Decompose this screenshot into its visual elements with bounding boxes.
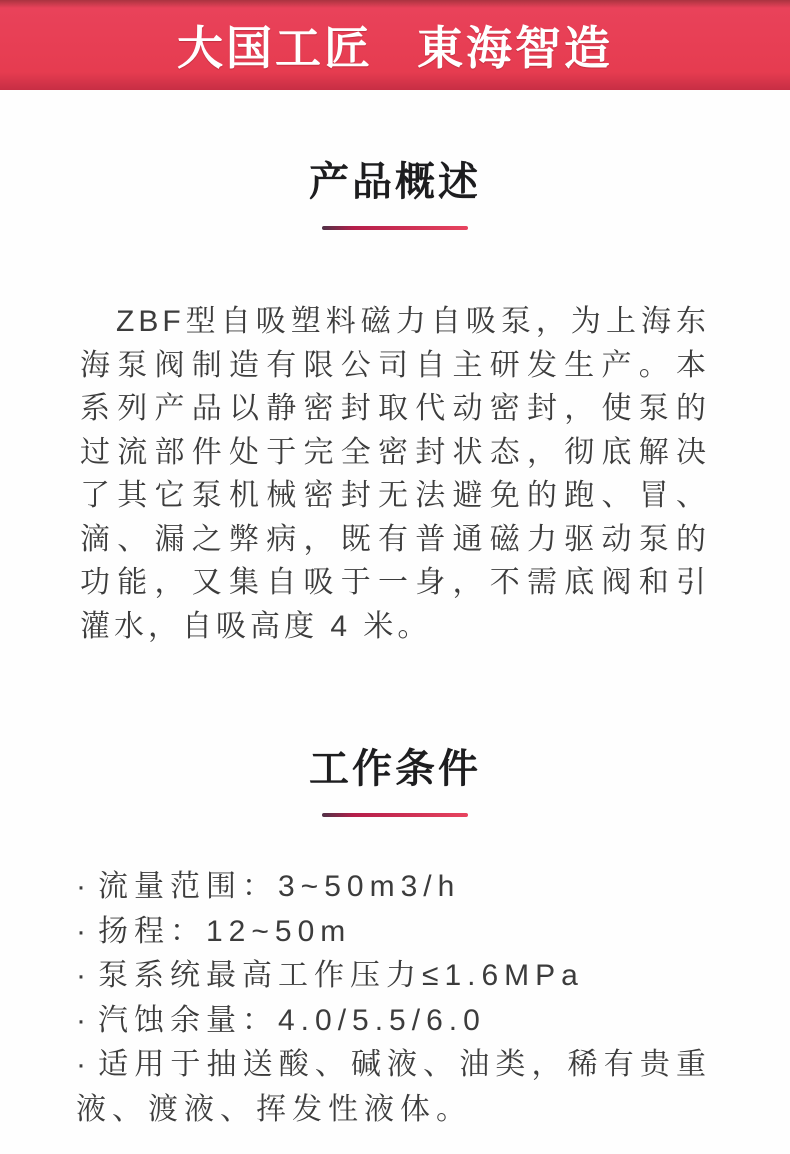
overview-paragraph: ZBF型自吸塑料磁力自吸泵，为上海东 海泵阀制造有限公司自主研发生产。本 系列产…	[80, 300, 710, 648]
list-item-text: 适用于抽送酸、碱液、油类，稀有贵重液、渡液、挥发性液体。	[76, 1048, 712, 1126]
banner-title-left: 大国工匠	[177, 12, 373, 78]
heading-accent-line	[322, 813, 468, 817]
heading-accent-line	[322, 226, 468, 230]
list-item: ·适用于抽送酸、碱液、油类，稀有贵重液、渡液、挥发性液体。	[76, 1043, 712, 1132]
list-item: ·流量范围：3~50m3/h	[76, 865, 712, 910]
product-overview-section: 产品概述 ZBF型自吸塑料磁力自吸泵，为上海东 海泵阀制造有限公司自主研发生产。…	[0, 158, 790, 648]
paragraph-line: 系列产品以静密封取代动密封，使泵的	[80, 387, 710, 431]
paragraph-line: 灌水，自吸高度 4 米。	[80, 605, 710, 649]
paragraph-line: 滴、漏之弊病，既有普通磁力驱动泵的	[80, 518, 710, 562]
paragraph-line: 功能，又集自吸于一身，不需底阀和引	[80, 561, 710, 605]
conditions-list: ·流量范围：3~50m3/h ·扬程：12~50m ·泵系统最高工作压力≤1.6…	[76, 865, 712, 1132]
list-item: ·泵系统最高工作压力≤1.6MPa	[76, 954, 712, 999]
list-item: ·扬程：12~50m	[76, 910, 712, 955]
paragraph-line: 过流部件处于完全密封状态，彻底解决	[80, 431, 710, 475]
banner-title-right: 東海智造	[417, 12, 613, 78]
bullet-icon: ·	[76, 1048, 86, 1081]
list-item-text: 泵系统最高工作压力≤1.6MPa	[98, 959, 584, 992]
list-item-text: 汽蚀余量：4.0/5.5/6.0	[98, 1004, 486, 1037]
list-item-text: 流量范围：3~50m3/h	[98, 870, 460, 903]
list-item-text: 扬程：12~50m	[98, 915, 351, 948]
working-conditions-section: 工作条件 ·流量范围：3~50m3/h ·扬程：12~50m ·泵系统最高工作压…	[0, 745, 790, 1132]
paragraph-line: ZBF型自吸塑料磁力自吸泵，为上海东	[80, 300, 710, 344]
paragraph-line: 了其它泵机械密封无法避免的跑、冒、	[80, 474, 710, 518]
brand-banner: 大国工匠 東海智造	[0, 0, 790, 90]
bullet-icon: ·	[76, 915, 86, 948]
bullet-icon: ·	[76, 870, 86, 903]
product-detail-page: 大国工匠 東海智造 产品概述 ZBF型自吸塑料磁力自吸泵，为上海东 海泵阀制造有…	[0, 0, 790, 1154]
paragraph-line: 海泵阀制造有限公司自主研发生产。本	[80, 344, 710, 388]
conditions-heading: 工作条件	[0, 745, 790, 793]
bullet-icon: ·	[76, 959, 86, 992]
overview-heading: 产品概述	[0, 158, 790, 206]
bullet-icon: ·	[76, 1004, 86, 1037]
list-item: ·汽蚀余量：4.0/5.5/6.0	[76, 999, 712, 1044]
